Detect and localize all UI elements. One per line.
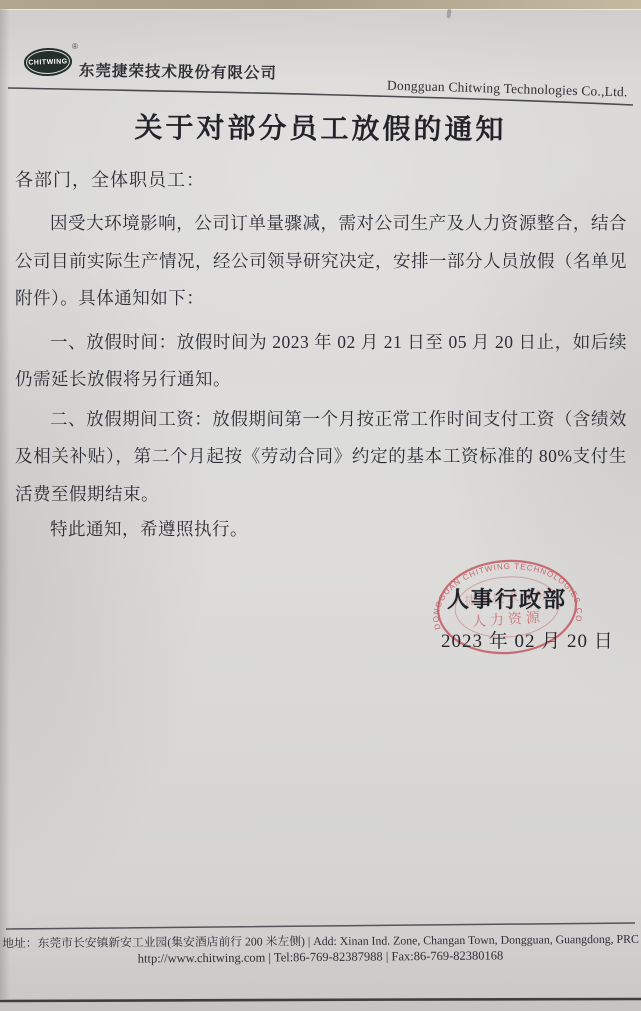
paper-bottom-edge-line bbox=[0, 997, 641, 1003]
photographed-notice-document: { "header": { "logo_text": "CHITWING", "… bbox=[0, 0, 641, 1011]
footer-rule bbox=[0, 0, 641, 1011]
